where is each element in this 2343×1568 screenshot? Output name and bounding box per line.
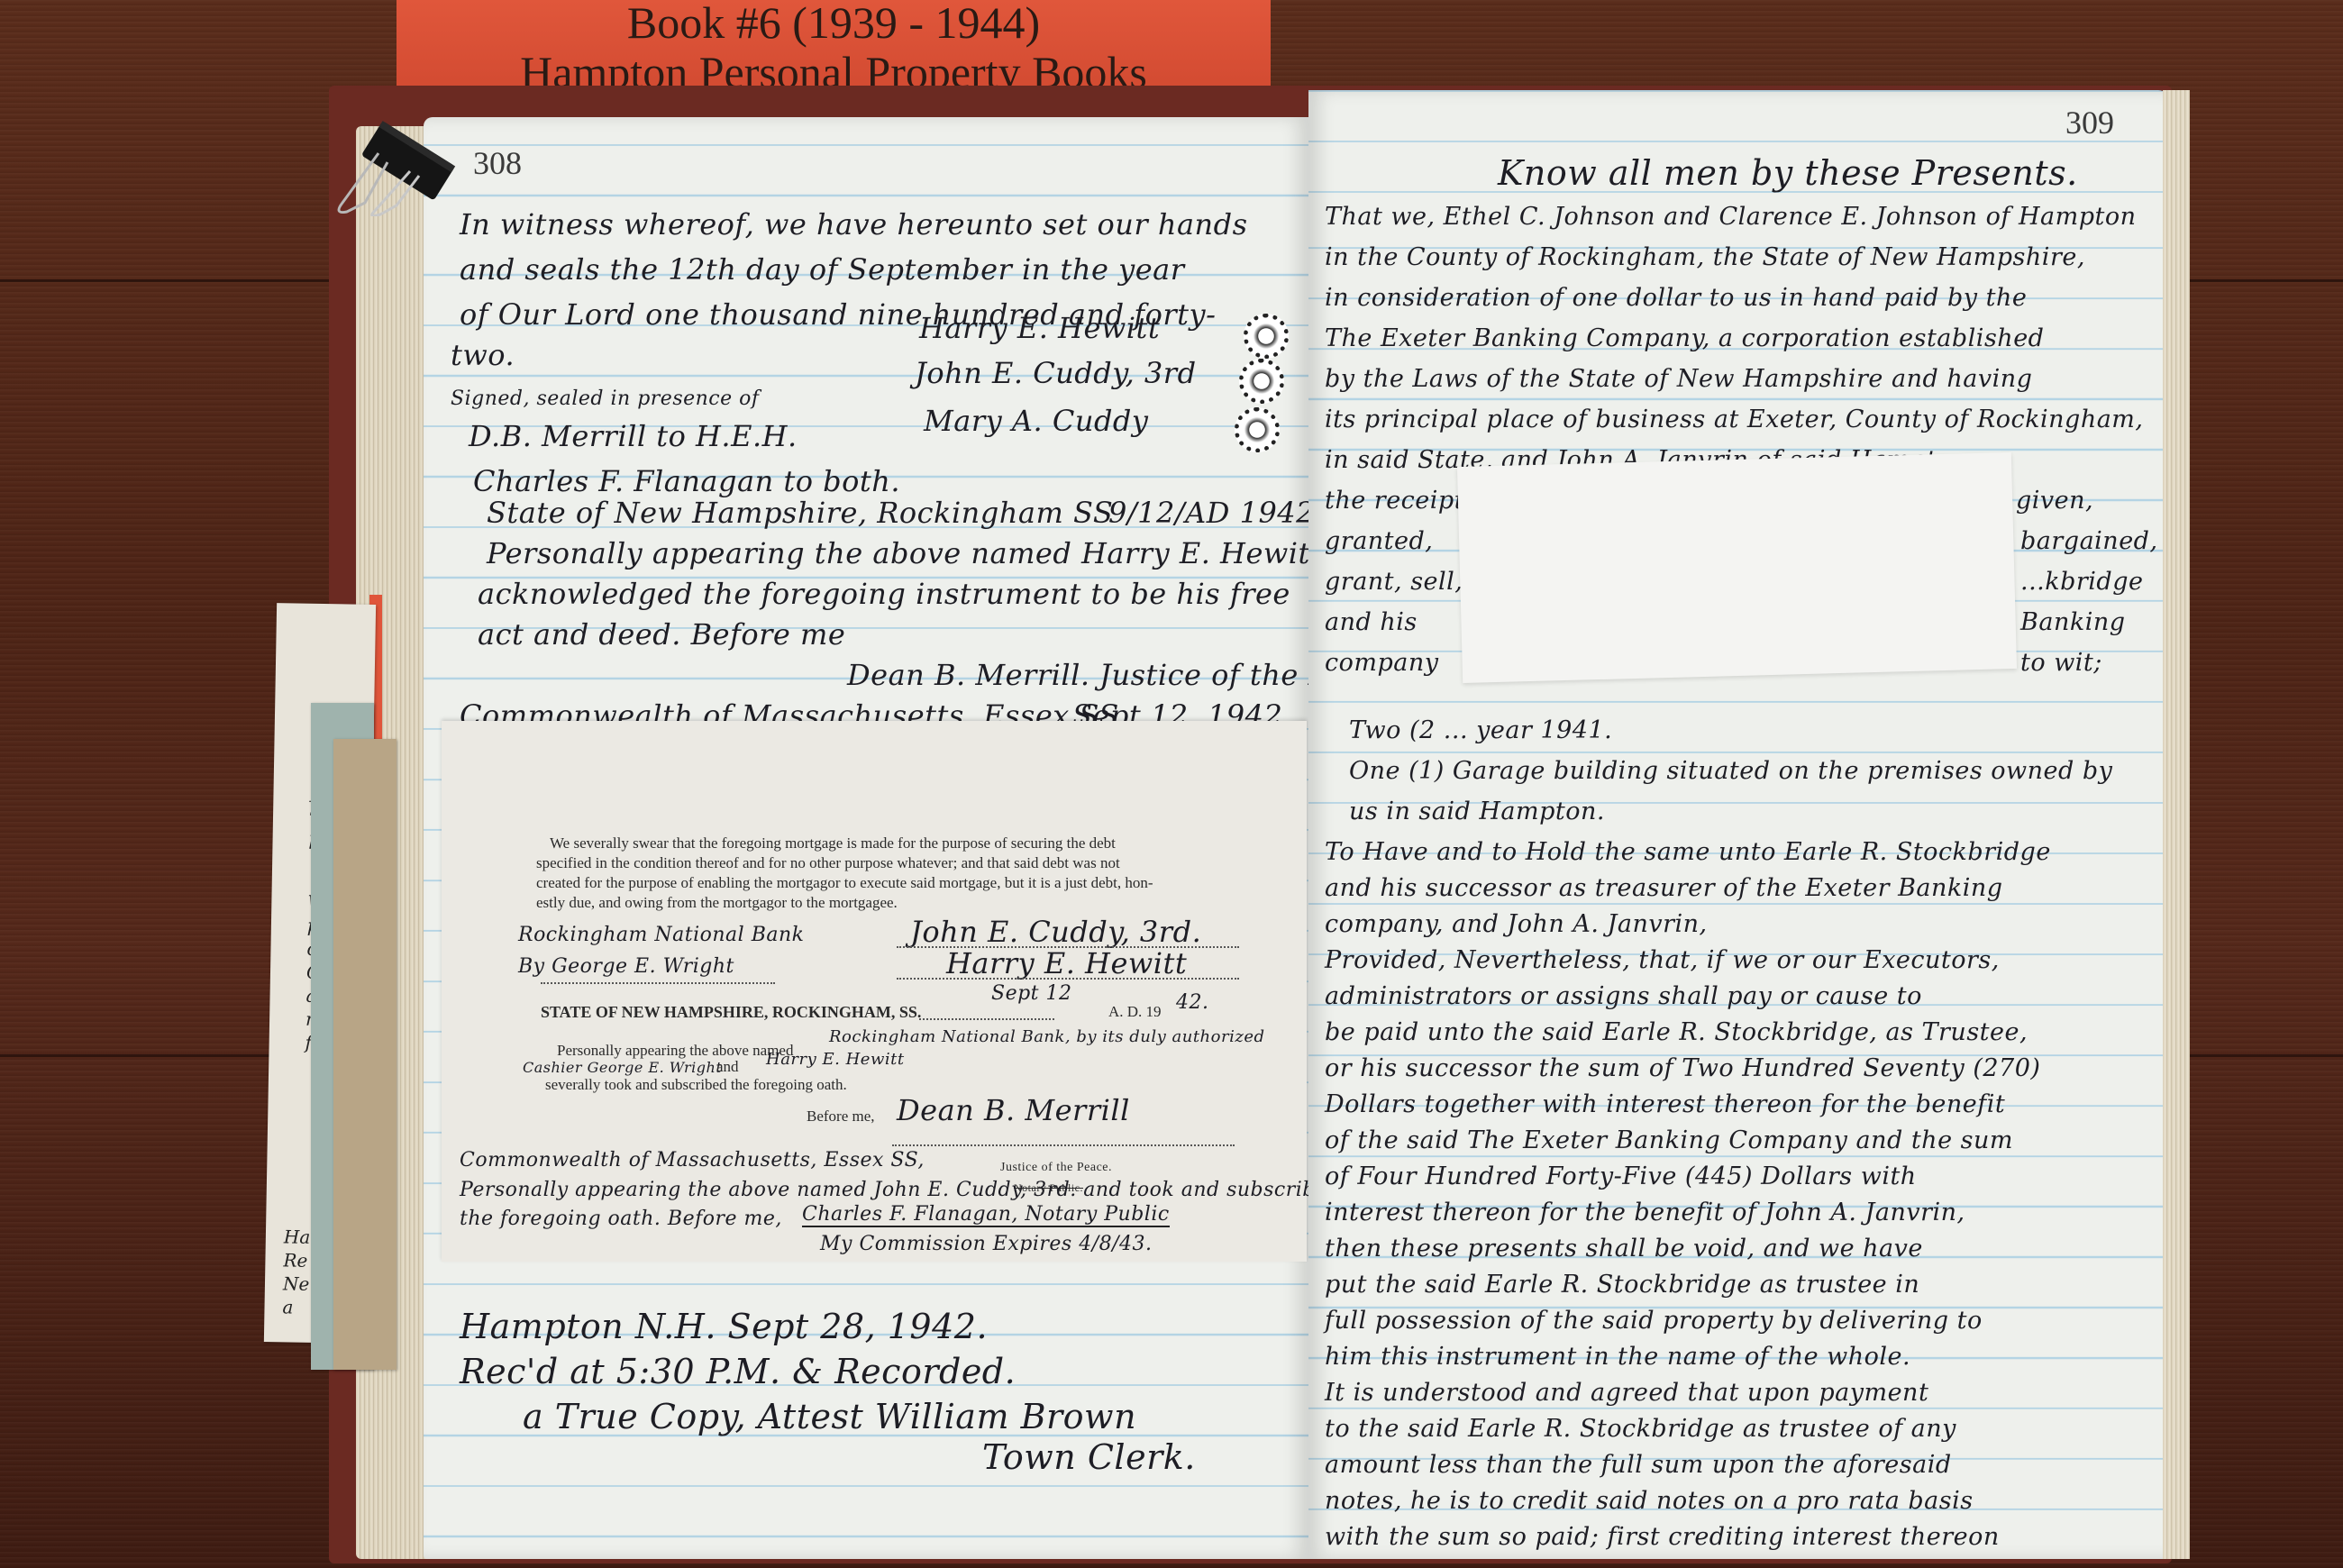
deed-line: The Exeter Banking Company, a corporatio… [1325, 324, 2044, 352]
habendum-line: with the sum so paid; first crediting in… [1325, 1523, 2000, 1551]
habendum-line: to the said Earle R. Stockbridge as trus… [1325, 1415, 1956, 1443]
seal-icon [1244, 314, 1289, 359]
deed-heading: Know all men by these Presents. [1498, 153, 2078, 193]
habendum-line: notes, he is to credit said notes on a p… [1325, 1487, 1974, 1515]
justice-signature: Dean B. Merrill [897, 1093, 1130, 1127]
ad-label: A. D. 19 [1108, 1002, 1162, 1022]
slip-line: Ne [283, 1272, 310, 1296]
deed-fragment: ...kbridge [2020, 568, 2143, 596]
habendum-line: company, and John A. Janvrin, [1325, 910, 1708, 938]
ma-ack-line: Commonwealth of Massachusetts, Essex SS, [460, 1149, 925, 1171]
date-line [919, 1018, 1054, 1020]
habendum-line: of the said The Exeter Banking Company a… [1325, 1126, 2013, 1154]
signature-line [892, 1144, 1235, 1146]
page-number: 309 [2065, 104, 2114, 141]
habendum-line: administrators or assigns shall pay or c… [1325, 982, 1922, 1010]
signatory-signature: John E. Cuddy, 3rd [915, 356, 1197, 390]
witness-signature: Charles F. Flanagan to both. [473, 464, 900, 498]
state-line: STATE OF NEW HAMPSHIRE, ROCKINGHAM, SS. [541, 1002, 921, 1022]
slip-line: Ha [284, 1225, 311, 1249]
nh-ack-line: State of New Hampshire, Rockingham SS [487, 496, 1113, 530]
recording-line: a True Copy, Attest William Brown [523, 1397, 1136, 1436]
nh-ack-line: acknowledged the foregoing instrument to… [478, 577, 1290, 611]
signatory-signature: Mary A. Cuddy [924, 404, 1148, 438]
recording-line: Town Clerk. [982, 1437, 1196, 1477]
deed-line: grant, sell, [1325, 568, 1463, 596]
items-line: One (1) Garage building situated on the … [1349, 757, 2112, 785]
habendum-line: then these presents shall be void, and w… [1325, 1235, 1923, 1263]
ma-ack-line: the foregoing oath. Before me, [460, 1208, 782, 1230]
nh-ack-date: 9/12/AD 1942. [1108, 496, 1308, 530]
appearing-names: Rockingham National Bank, by its duly au… [829, 1027, 1265, 1046]
mortgagee-signature: Rockingham National Bank [518, 924, 804, 946]
deed-line: by the Laws of the State of New Hampshir… [1325, 365, 2032, 393]
mortgagee-signature: By George E. Wright [518, 955, 734, 978]
justice-label: Justice of the Peace. [1000, 1158, 1112, 1178]
witness-label: Signed, sealed in presence of [451, 387, 760, 410]
seal-icon [1239, 359, 1284, 404]
page-edges-right [2163, 90, 2190, 1559]
oath-text-line: estly due, and owing from the mortgagor … [536, 893, 898, 913]
slip-line: a [282, 1295, 309, 1319]
attestation-line: and seals the 12th day of September in t… [460, 252, 1185, 287]
justice-signature: Dean B. Merrill. Justice of the Peace [847, 658, 1308, 692]
signature-line [541, 982, 775, 984]
attestation-line: two. [451, 338, 515, 372]
habendum-line: be paid unto the said Earle R. Stockbrid… [1325, 1018, 2028, 1046]
and-label: and [716, 1057, 739, 1077]
before-me-label: Before me, [807, 1107, 875, 1126]
habendum-line: put the said Earle R. Stockbridge as tru… [1325, 1271, 1919, 1299]
slip-text-lower: Ha Re Ne a [282, 1225, 310, 1318]
attestation-line: In witness whereof, we have hereunto set… [460, 207, 1248, 242]
habendum-line: of Four Hundred Forty-Five (445) Dollars… [1325, 1162, 1917, 1190]
deed-line: granted, [1325, 527, 1433, 555]
oath-subscribed: severally took and subscribed the forego… [545, 1075, 847, 1095]
items-line: Two (2 ... year 1941. [1349, 716, 1612, 744]
cover-title-book: Book #6 (1939 - 1944) [397, 0, 1271, 45]
page-number: 308 [473, 144, 522, 182]
habendum-line: him this instrument in the name of the w… [1325, 1343, 1910, 1371]
slip-line: Re [283, 1248, 310, 1272]
deed-line: its principal place of business at Exete… [1325, 406, 2144, 433]
ledger-page-right: 309 Know all men by these Presents. That… [1308, 90, 2169, 1559]
items-line: us in said Hampton. [1349, 798, 1605, 825]
redaction-card [1457, 452, 2017, 683]
commission-expiry: My Commission Expires 4/8/43. [820, 1233, 1153, 1255]
year-handwritten: 42. [1176, 991, 1209, 1014]
date-handwritten: Sept 12 [991, 982, 1072, 1005]
oath-text-line: specified in the condition thereof and f… [536, 853, 1120, 873]
oath-text-line: created for the purpose of enabling the … [536, 873, 1153, 893]
deed-line: company [1325, 649, 1439, 677]
appearing-label: Personally appearing the above named [557, 1041, 793, 1061]
habendum-line: and his successor as treasurer of the Ex… [1325, 874, 2003, 902]
deed-fragment: Banking [2020, 608, 2126, 636]
habendum-line: full possession of the said property by … [1325, 1307, 1983, 1335]
habendum-line: Dollars together with interest thereon f… [1325, 1090, 2005, 1118]
habendum-line: amount less than the full sum upon the a… [1325, 1451, 1952, 1479]
habendum-line: To Have and to Hold the same unto Earle … [1325, 838, 2051, 866]
mortgagor-signature: Harry E. Hewitt [946, 946, 1187, 980]
deed-line: in the County of Rockingham, the State o… [1325, 243, 2085, 271]
binder-clip-icon [324, 117, 469, 216]
mortgagor-signature: John E. Cuddy, 3rd. [910, 915, 1201, 949]
typed-oath-form: We severally swear that the foregoing mo… [442, 721, 1307, 1262]
habendum-line: Provided, Nevertheless, that, if we or o… [1325, 946, 2000, 974]
deed-line: and his [1325, 608, 1418, 636]
appearing-names: Harry E. Hewitt [766, 1050, 905, 1069]
habendum-line: It is understood and agreed that upon pa… [1325, 1379, 1928, 1407]
witness-signature: D.B. Merrill to H.E.H. [469, 419, 798, 453]
signatory-signature: Harry E. Hewitt [919, 311, 1160, 345]
ma-ack-line: Personally appearing the above named Joh… [460, 1179, 1341, 1201]
habendum-line: interest thereon for the benefit of John… [1325, 1199, 1965, 1226]
deed-fragment: to wit; [2020, 649, 2102, 677]
habendum-line: or his successor the sum of Two Hundred … [1325, 1054, 2040, 1082]
appearing-names: Cashier George E. Wright [523, 1059, 722, 1076]
recording-line: Rec'd at 5:30 P.M. & Recorded. [460, 1352, 1016, 1391]
deed-fragment: bargained, [2020, 527, 2158, 555]
signature-line [897, 978, 1239, 980]
recording-line: Hampton N.H. Sept 28, 1942. [460, 1307, 988, 1346]
notary-signature: Charles F. Flanagan, Notary Public [802, 1203, 1170, 1227]
deed-line: in consideration of one dollar to us in … [1325, 284, 2027, 312]
nh-ack-line: act and deed. Before me [478, 617, 845, 652]
seal-icon [1235, 407, 1280, 452]
nh-ack-line: Personally appearing the above named Har… [487, 536, 1308, 570]
kraft-paper-slip [333, 739, 397, 1370]
deed-line: That we, Ethel C. Johnson and Clarence E… [1325, 203, 2137, 231]
oath-text-line: We severally swear that the foregoing mo… [550, 834, 1116, 853]
